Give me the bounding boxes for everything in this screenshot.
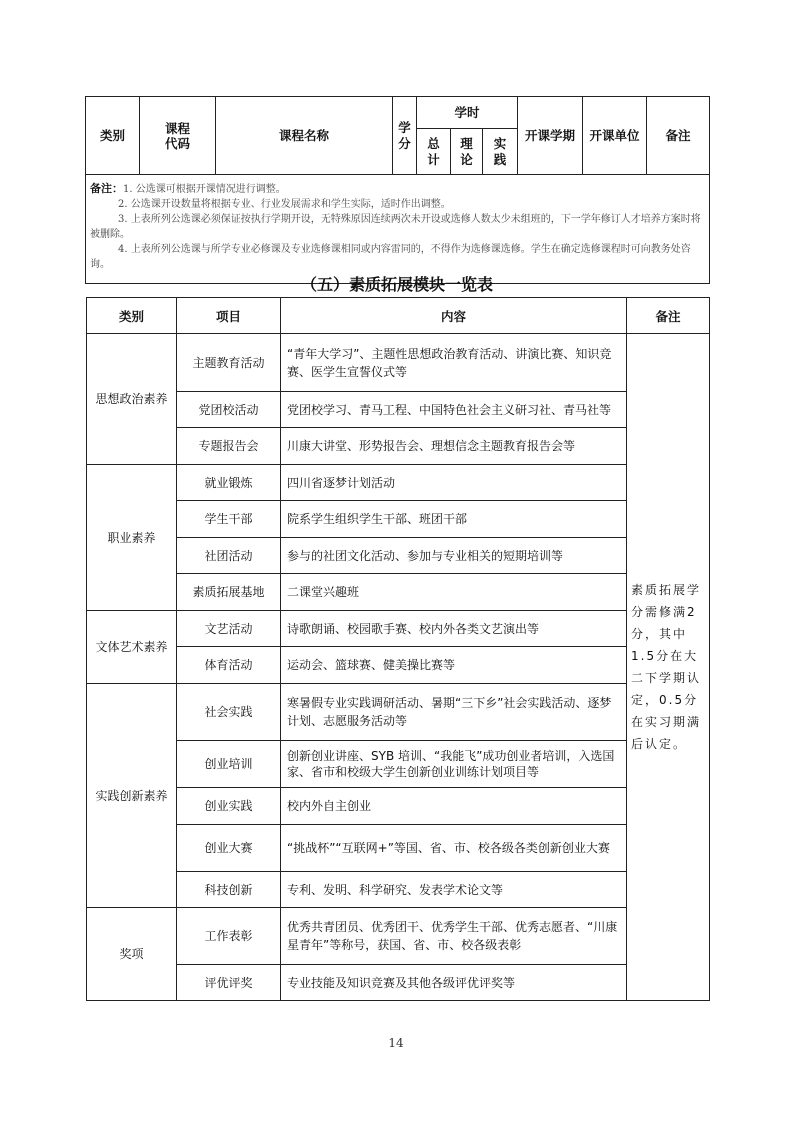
item-cell: 创业实践 (177, 788, 281, 825)
content-cell: 校内外自主创业 (281, 788, 627, 825)
notes-cell: 备注：1. 公选课可根据开课情况进行调整。 2. 公选课开设数量将根据专业、行业… (86, 175, 710, 284)
header-course-name: 课程名称 (216, 97, 393, 175)
header-department: 开课单位 (583, 97, 647, 175)
content-cell: 寒暑假专业实践调研活动、暑期“三下乡”社会实践活动、逐梦计划、志愿服务活动等 (281, 684, 627, 741)
header-item: 项目 (177, 298, 281, 334)
item-cell: 文艺活动 (177, 611, 281, 647)
item-cell: 就业锻炼 (177, 465, 281, 501)
notes-label: 备注： (90, 182, 123, 195)
header-hours: 学时 (417, 97, 518, 129)
content-cell: 党团校学习、青马工程、中国特色社会主义研习社、青马社等 (281, 392, 627, 428)
header-category: 类别 (87, 298, 177, 334)
content-cell: 二课堂兴趣班 (281, 574, 627, 611)
item-cell: 社会实践 (177, 684, 281, 741)
elective-course-table: 类别 课程代码 课程名称 学分 学时 开课学期 开课单位 备注 总计 理论 实践… (85, 96, 710, 284)
content-cell: 诗歌朗诵、校园歌手赛、校内外各类文艺演出等 (281, 611, 627, 647)
category-cell: 实践创新素养 (87, 684, 177, 908)
item-cell: 社团活动 (177, 538, 281, 574)
header-content: 内容 (281, 298, 627, 334)
category-cell: 文体艺术素养 (87, 611, 177, 684)
section-title: （五）素质拓展模块一览表 (85, 275, 709, 295)
header-category: 类别 (86, 97, 140, 175)
content-cell: “挑战杯”“互联网+”等国、省、市、校各级各类创新创业大赛 (281, 825, 627, 872)
note-item-2: 2. 公选课开设数量将根据专业、行业发展需求和学生实际，适时作出调整。 (90, 197, 705, 212)
content-cell: 院系学生组织学生干部、班团干部 (281, 501, 627, 538)
category-cell: 职业素养 (87, 465, 177, 611)
content-cell: 运动会、篮球赛、健美操比赛等 (281, 647, 627, 684)
item-cell: 科技创新 (177, 872, 281, 908)
header-remarks: 备注 (627, 298, 710, 334)
header-remarks: 备注 (647, 97, 710, 175)
item-cell: 专题报告会 (177, 428, 281, 465)
header-course-code: 课程代码 (140, 97, 216, 175)
content-cell: 专利、发明、科学研究、发表学术论文等 (281, 872, 627, 908)
content-cell: 川康大讲堂、形势报告会、理想信念主题教育报告会等 (281, 428, 627, 465)
note-item-1: 1. 公选课可根据开课情况进行调整。 (123, 184, 286, 195)
header-credits: 学分 (393, 97, 417, 175)
content-cell: 创新创业讲座、SYB 培训、“我能飞”成功创业者培训，入选国家、省市和校级大学生… (281, 741, 627, 788)
header-hours-practice: 实践 (483, 129, 518, 175)
page-number: 14 (0, 1036, 792, 1050)
category-cell: 思想政治素养 (87, 334, 177, 465)
content-cell: “青年大学习”、主题性思想政治教育活动、讲演比赛、知识竞赛、医学生宣誓仪式等 (281, 334, 627, 392)
content-cell: 优秀共青团员、优秀团干、优秀学生干部、优秀志愿者、“川康星青年”等称号，获国、省… (281, 908, 627, 965)
content-cell: 四川省逐梦计划活动 (281, 465, 627, 501)
item-cell: 主题教育活动 (177, 334, 281, 392)
header-hours-total: 总计 (417, 129, 451, 175)
item-cell: 体育活动 (177, 647, 281, 684)
item-cell: 党团校活动 (177, 392, 281, 428)
quality-expansion-table: 类别 项目 内容 备注 思想政治素养 主题教育活动 “青年大学习”、主题性思想政… (86, 297, 710, 1001)
header-hours-theory: 理论 (451, 129, 483, 175)
item-cell: 创业大赛 (177, 825, 281, 872)
note-item-4: 4. 上表所列公选课与所学专业必修课及专业选修课相同或内容雷同的，不得作为选修课… (90, 242, 705, 272)
category-cell: 奖项 (87, 908, 177, 1001)
item-cell: 工作表彰 (177, 908, 281, 965)
item-cell: 学生干部 (177, 501, 281, 538)
item-cell: 创业培训 (177, 741, 281, 788)
item-cell: 素质拓展基地 (177, 574, 281, 611)
header-semester: 开课学期 (518, 97, 583, 175)
note-item-3: 3. 上表所列公选课必须保证按执行学期开设，无特殊原因连续两次未开设或选修人数太… (90, 212, 705, 242)
remark-cell: 素质拓展学分需修满2分，其中1.5分在大二下学期认定，0.5分在实习期满后认定。 (627, 334, 710, 1001)
content-cell: 参与的社团文化活动、参加与专业相关的短期培训等 (281, 538, 627, 574)
content-cell: 专业技能及知识竞赛及其他各级评优评奖等 (281, 965, 627, 1001)
item-cell: 评优评奖 (177, 965, 281, 1001)
